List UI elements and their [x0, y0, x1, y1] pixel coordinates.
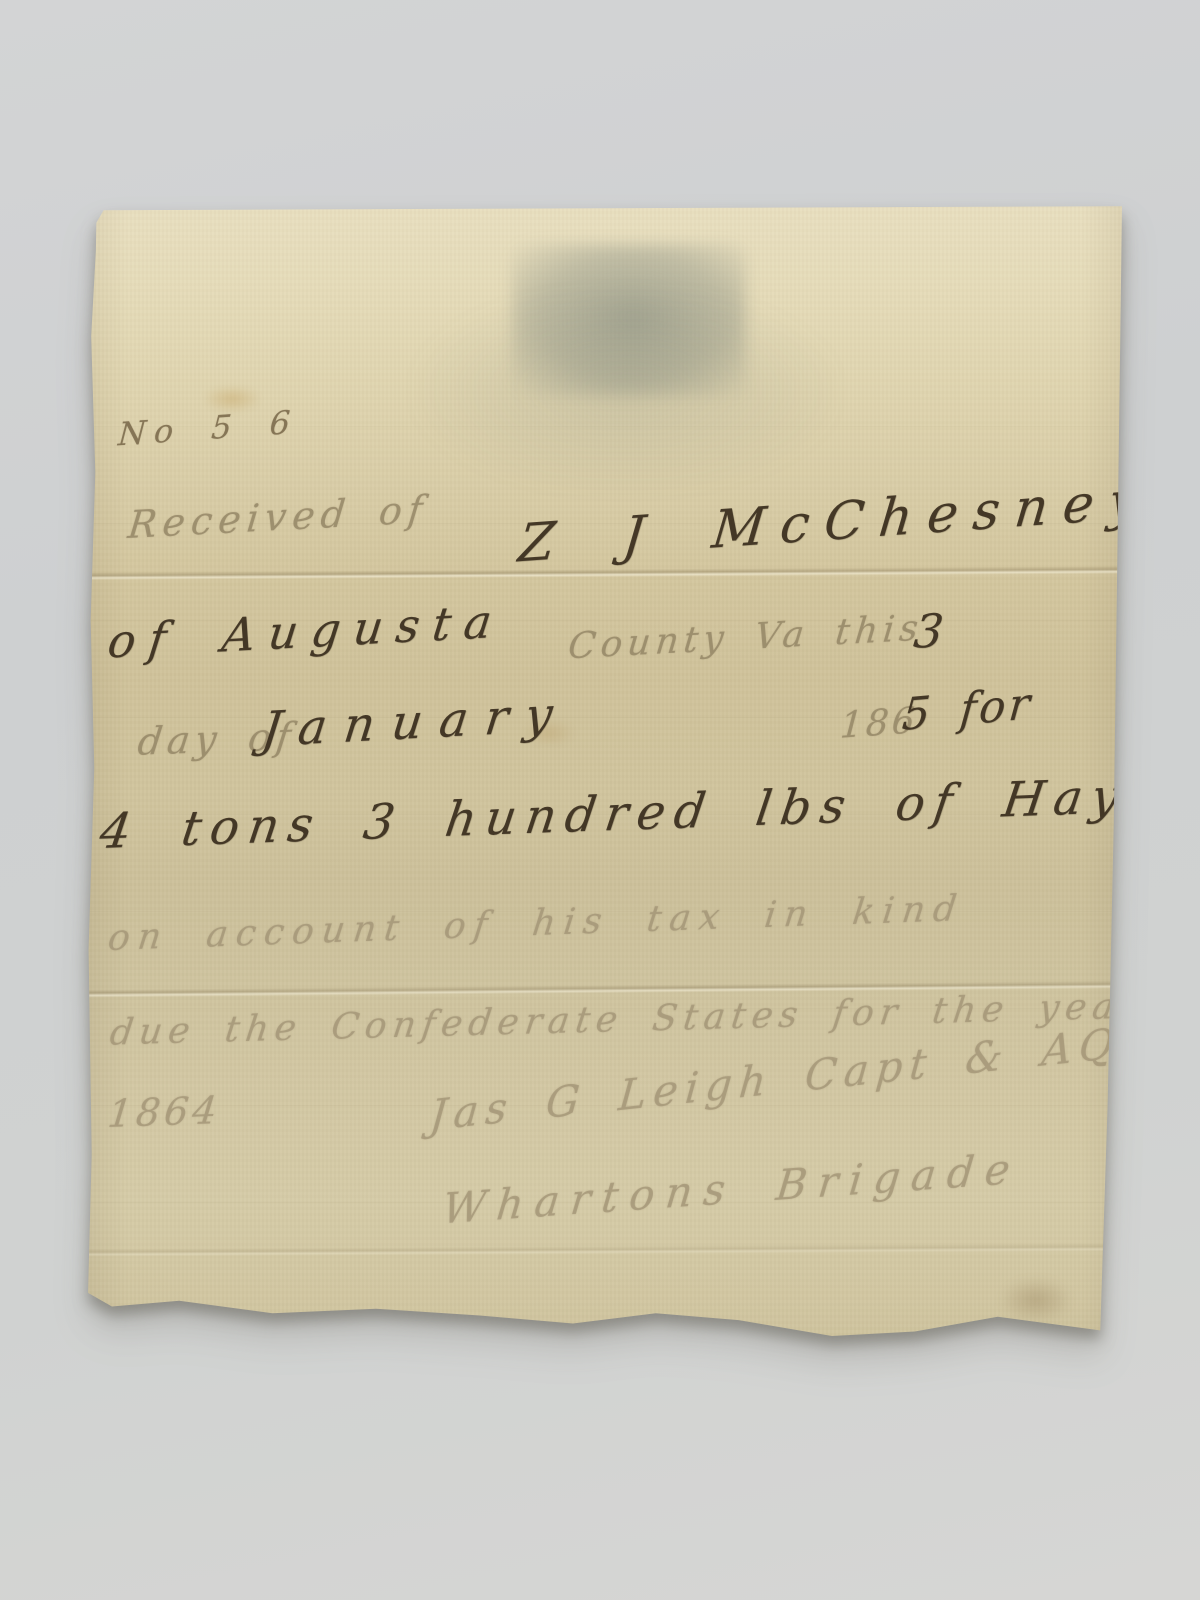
fold-crease-upper: [82, 566, 1159, 581]
year-printed-text: 186: [839, 703, 919, 745]
day-number-text: 3: [912, 607, 946, 654]
received-of-text: Received of: [126, 490, 430, 544]
fold-crease-bottom: [82, 1243, 1159, 1257]
receipt-paper: No 5 6 Received of Z J McChesney of Augu…: [86, 200, 1122, 1336]
faint-ruled-lines: [86, 426, 1122, 1286]
signature-unit-text: Whartons Brigade: [440, 1148, 1023, 1231]
ink-bleed-halo: [416, 290, 836, 490]
account-line-text: on account of his tax in kind: [106, 891, 966, 957]
smudge-bottom-right: [1001, 1278, 1071, 1322]
place-line-text: of Augusta: [105, 597, 507, 664]
fold-crease-lower: [82, 980, 1159, 997]
foxing-spot-top: [204, 386, 260, 412]
due-line-text: due the Confederate States for the year: [108, 988, 1146, 1051]
photo-background: No 5 6 Received of Z J McChesney of Augu…: [0, 0, 1200, 1600]
form-number-text: No 5 6: [117, 406, 299, 451]
foxing-spot-mid: [524, 720, 574, 746]
quantity-line-text: 4 tons 3 hundred lbs of Hay: [97, 772, 1131, 856]
year-suffix-text: 5 for: [900, 682, 1034, 738]
tax-year-text: 1864: [106, 1091, 223, 1133]
day-of-label-text: day of: [136, 717, 298, 761]
receipt-paper-shadow-wrap: No 5 6 Received of Z J McChesney of Augu…: [86, 200, 1122, 1336]
county-phrase-text: County Va this: [566, 611, 924, 666]
ink-bleed-stain: [512, 244, 746, 396]
paper-texture: [86, 200, 1122, 1336]
payer-name-text: Z J McChesney: [516, 474, 1156, 571]
month-text: January: [259, 690, 572, 754]
signature-text: Jas G Leigh Capt & AQM: [428, 1017, 1172, 1137]
